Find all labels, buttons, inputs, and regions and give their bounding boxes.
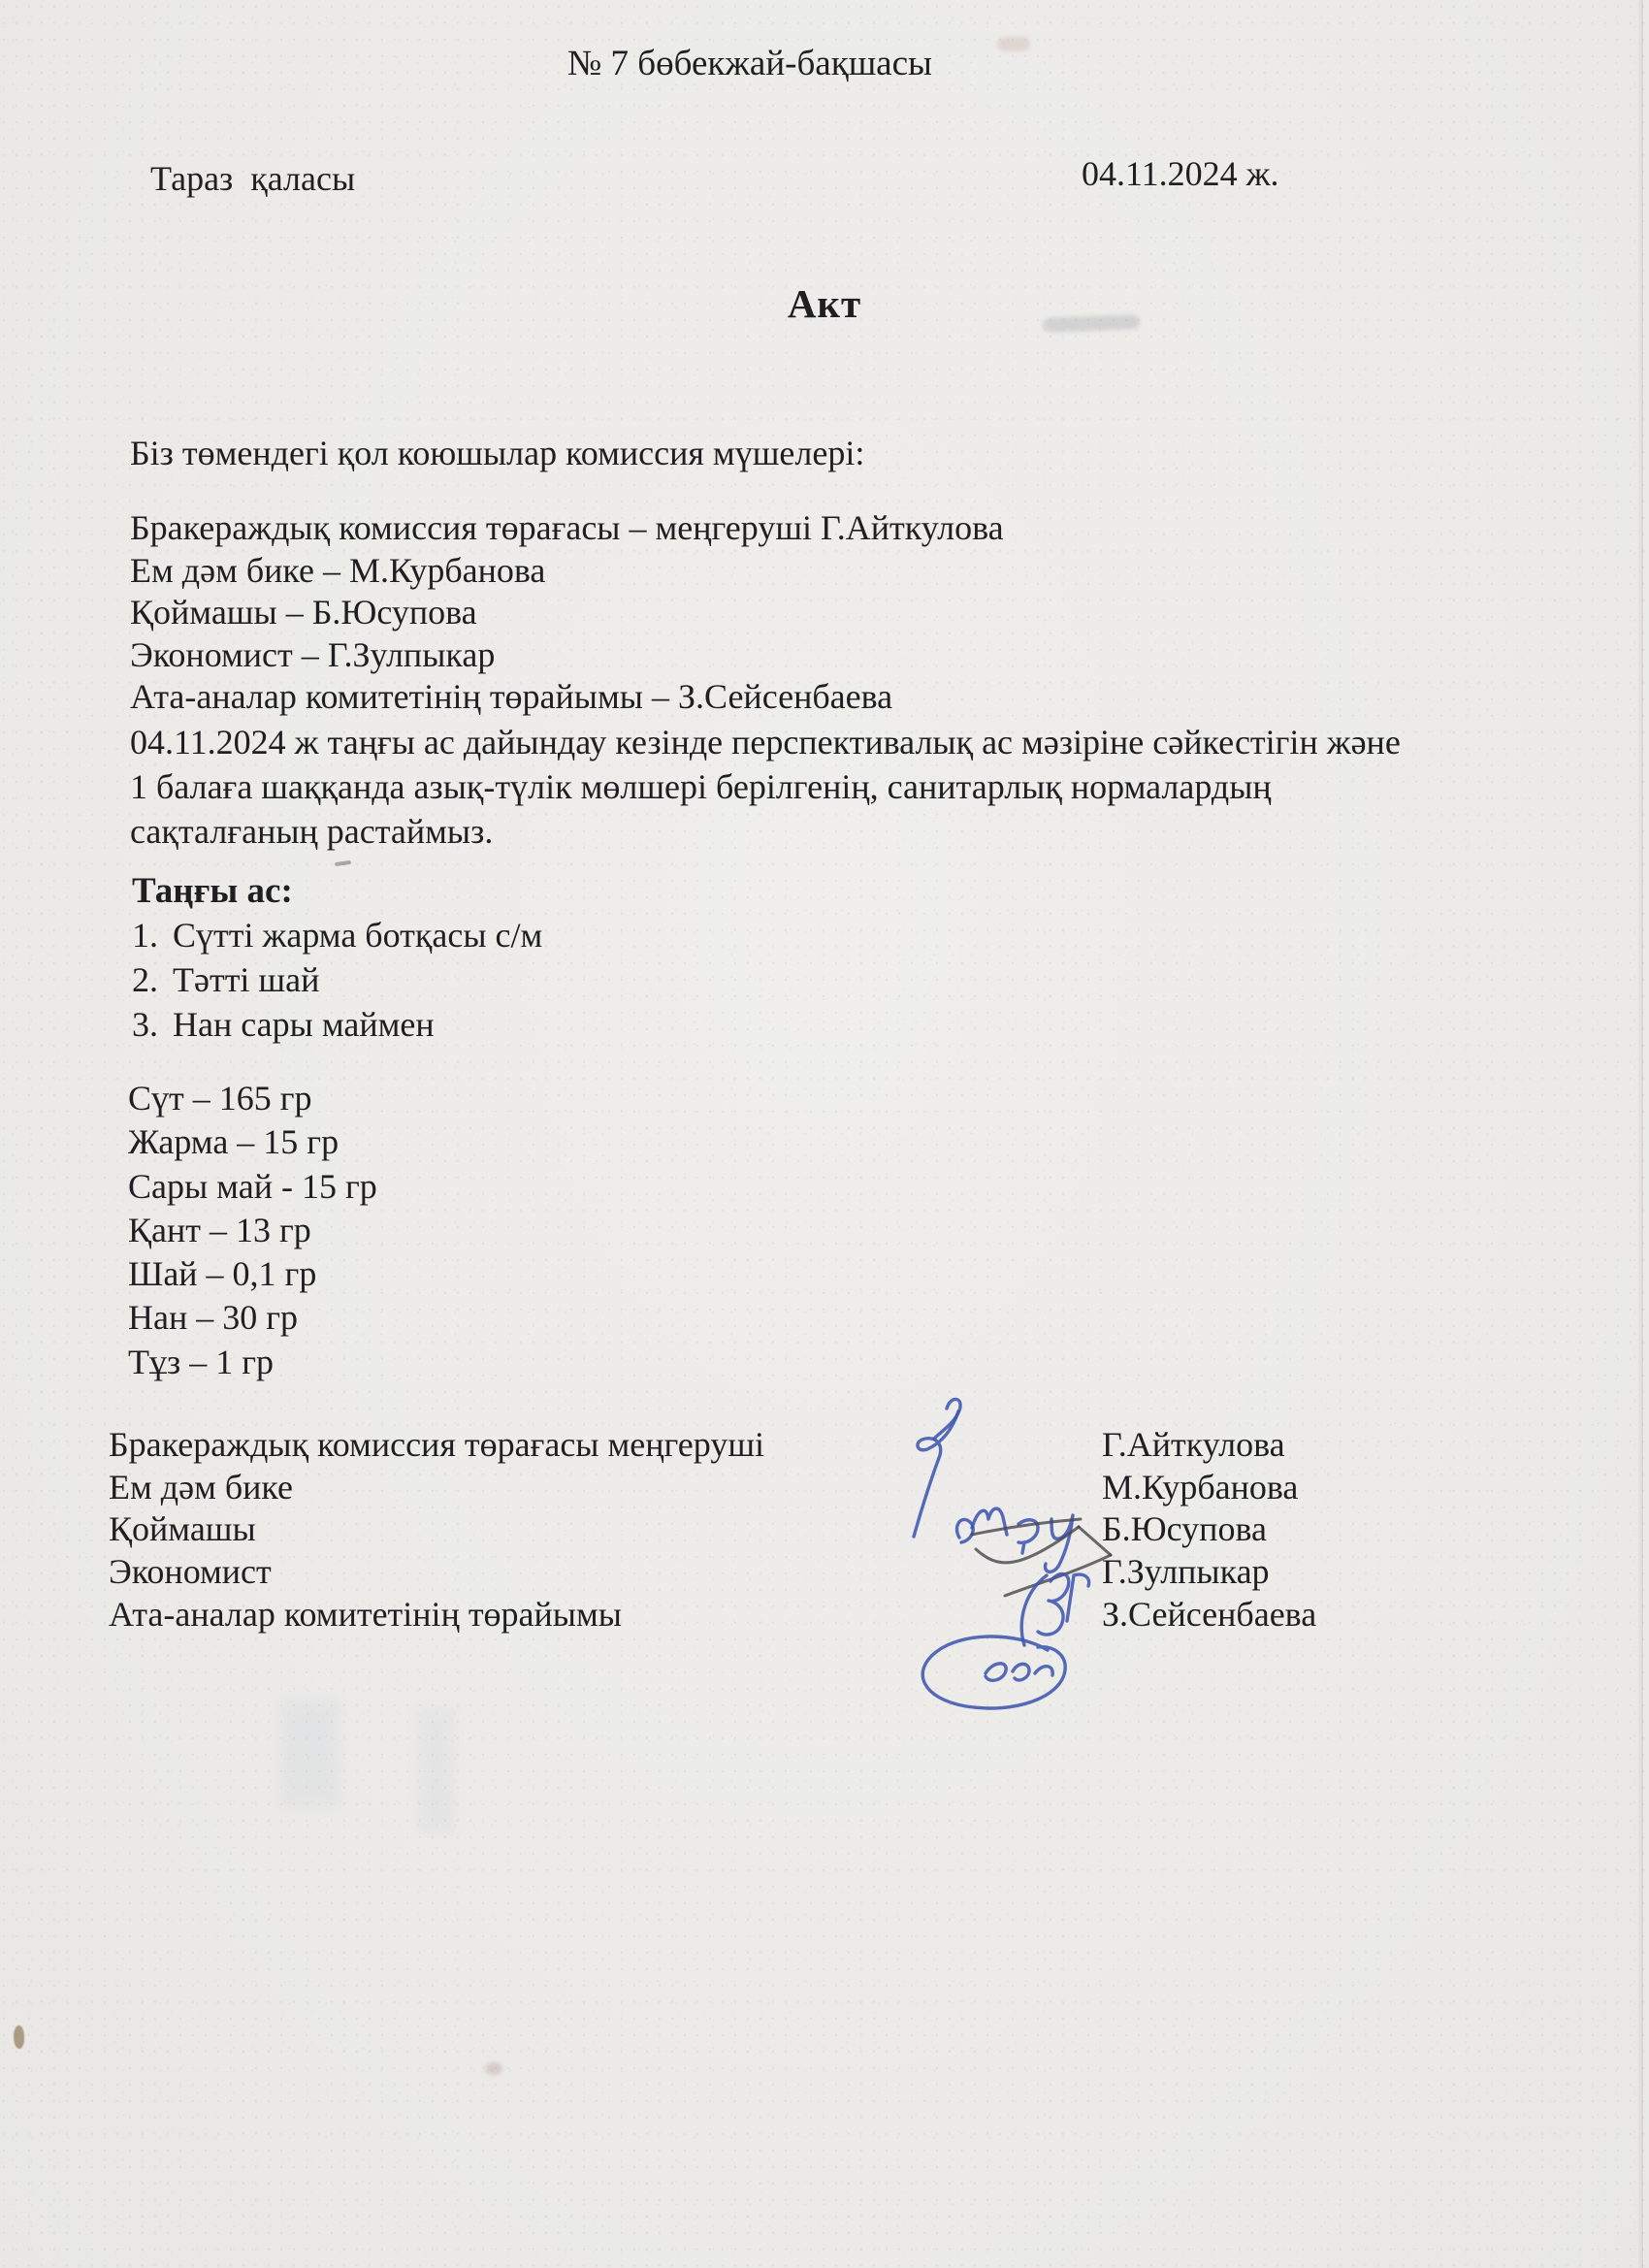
menu-item-number: 1. xyxy=(132,914,173,958)
signer-role: Ата-аналар комитетінің төрайымы xyxy=(109,1594,622,1635)
menu-item-text: Тәтті шай xyxy=(173,958,319,1003)
ingredient-line: Сары май - 15 гр xyxy=(128,1165,377,1209)
ingredient-line: Нан – 30 гр xyxy=(128,1296,377,1340)
signer-role: Ем дәм бике xyxy=(109,1467,293,1507)
scan-artifact-bleedthrough xyxy=(281,1700,339,1806)
scan-artifact-speck xyxy=(485,2062,502,2075)
document-date: 04.11.2024 ж. xyxy=(1082,153,1279,195)
signature-row: Бракераждық комиссия төрағасы меңгеруші … xyxy=(0,1424,1649,1467)
meal-heading: Таңғы ас: xyxy=(132,870,293,912)
organization-title: № 7 бөбекжай-бақшасы xyxy=(567,43,932,85)
signer-role: Бракераждық комиссия төрағасы меңгеруші xyxy=(109,1424,764,1465)
menu-item: 2. Тәтті шай xyxy=(132,958,542,1003)
menu-item-text: Нан сары маймен xyxy=(173,1003,435,1048)
signer-name: З.Сейсенбаева xyxy=(1102,1594,1316,1635)
signer-name: М.Курбанова xyxy=(1102,1467,1298,1507)
signer-role: Қоймашы xyxy=(109,1508,256,1549)
scan-artifact-smudge xyxy=(997,37,1030,51)
commission-member: Экономист – Г.Зулпыкар xyxy=(130,634,1004,677)
scan-artifact-bleedthrough xyxy=(417,1707,456,1833)
intro-line: Біз төмендегі қол коюшылар комиссия мүше… xyxy=(130,433,864,474)
statement-line: сақталғаның растаймыз. xyxy=(130,809,1401,854)
statement-line: 04.11.2024 ж таңғы ас дайындау кезінде п… xyxy=(130,720,1401,764)
signer-name: Г.Айткулова xyxy=(1102,1424,1285,1465)
commission-member-list: Бракераждық комиссия төрағасы – меңгеруш… xyxy=(130,507,1004,719)
commission-member: Қоймашы – Б.Юсупова xyxy=(130,592,1004,634)
signature-row: Қоймашы Б.Юсупова xyxy=(0,1508,1649,1551)
menu-item-number: 3. xyxy=(132,1003,173,1048)
ingredient-line: Жарма – 15 гр xyxy=(128,1120,377,1164)
commission-member: Ем дәм бике – М.Курбанова xyxy=(130,550,1004,593)
commission-member: Бракераждық комиссия төрағасы – меңгеруш… xyxy=(130,507,1004,550)
ingredient-line: Шай – 0,1 гр xyxy=(128,1252,377,1296)
scan-artifact-speck xyxy=(14,2025,24,2049)
signature-row: Экономист Г.Зулпыкар xyxy=(0,1551,1649,1594)
signature-row: Ата-аналар комитетінің төрайымы З.Сейсен… xyxy=(0,1594,1649,1636)
signer-role: Экономист xyxy=(109,1551,272,1592)
scan-artifact-dash xyxy=(335,860,351,866)
city-label: Тараз қаласы xyxy=(150,158,355,200)
menu-item: 3. Нан сары маймен xyxy=(132,1003,542,1048)
menu-item-number: 2. xyxy=(132,958,173,1003)
document-title: Акт xyxy=(0,280,1649,327)
ingredient-list: Сүт – 165 гр Жарма – 15 гр Сары май - 15… xyxy=(128,1077,377,1384)
scanned-act-document: № 7 бөбекжай-бақшасы Тараз қаласы 04.11.… xyxy=(0,0,1649,2268)
ingredient-line: Тұз – 1 гр xyxy=(128,1341,377,1384)
signer-name: Б.Юсупова xyxy=(1102,1508,1267,1549)
menu-list: 1. Сүтті жарма ботқасы с/м 2. Тәтті шай … xyxy=(132,914,542,1047)
scan-edge-shadow xyxy=(1637,0,1643,2268)
signer-name: Г.Зулпыкар xyxy=(1102,1551,1270,1592)
statement-paragraph: 04.11.2024 ж таңғы ас дайындау кезінде п… xyxy=(130,720,1401,854)
signature-row: Ем дәм бике М.Курбанова xyxy=(0,1467,1649,1509)
ingredient-line: Қант – 13 гр xyxy=(128,1209,377,1252)
statement-line: 1 балаға шаққанда азық-түлік мөлшері бер… xyxy=(130,764,1401,809)
ingredient-line: Сүт – 165 гр xyxy=(128,1077,377,1120)
menu-item-text: Сүтті жарма ботқасы с/м xyxy=(173,914,542,958)
signature-block: Бракераждық комиссия төрағасы меңгеруші … xyxy=(0,1424,1649,1636)
menu-item: 1. Сүтті жарма ботқасы с/м xyxy=(132,914,542,958)
commission-member: Ата-аналар комитетінің төрайымы – З.Сейс… xyxy=(130,676,1004,719)
